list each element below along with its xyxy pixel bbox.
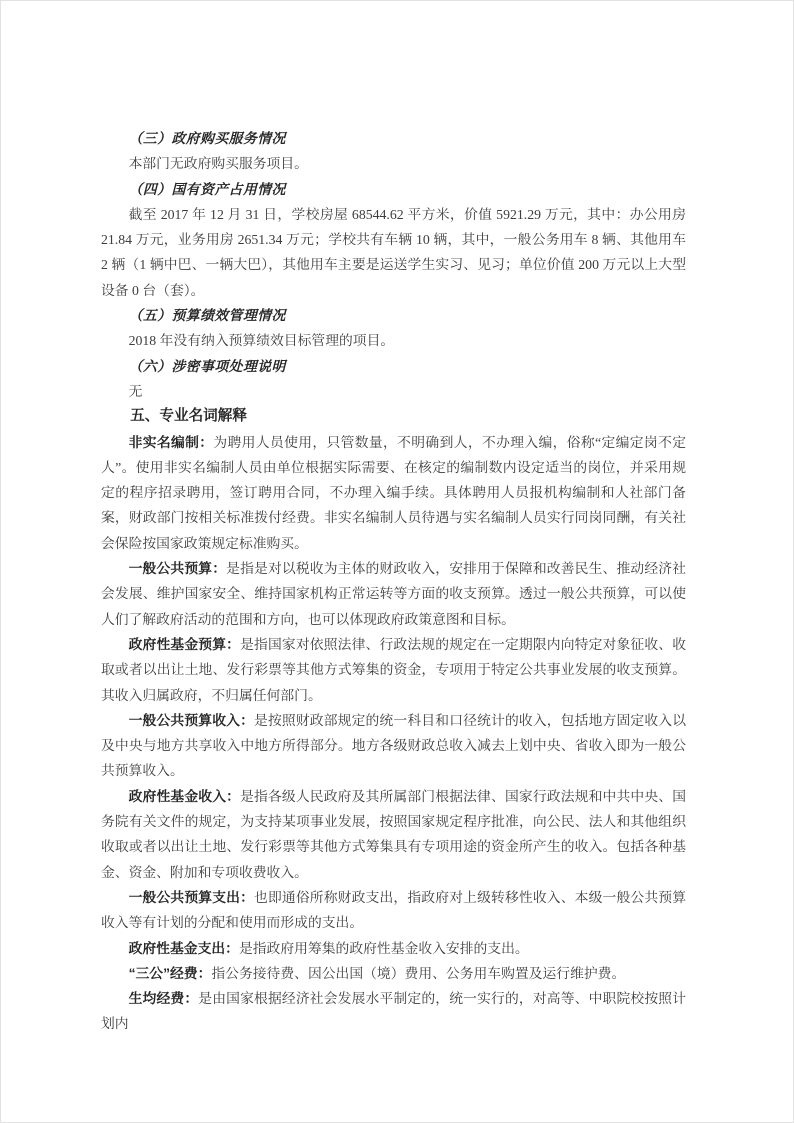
term-label: 政府性基金预算： [129, 637, 241, 652]
term-paragraph-gov-fund-budget: 政府性基金预算：是指国家对依照法律、行政法规的规定在一定期限内向特定对象征收、收… [101, 632, 686, 708]
term-definition: 指公务接待费、因公出国（境）费用、公务用车购置及运行维护费。 [211, 966, 625, 981]
term-label: 非实名编制： [129, 435, 214, 450]
term-label: 政府性基金收入： [129, 789, 241, 804]
term-definition: 为聘用人员使用，只管数量，不明确到人，不办理入编，俗称“定编定岗不定人”。使用非… [101, 435, 686, 551]
term-paragraph-general-public-budget-expenditure: 一般公共预算支出：也即通俗所称财政支出，指政府对上级转移性收入、本级一般公共预算… [101, 885, 686, 936]
term-label: 一般公共预算收入： [129, 713, 254, 728]
term-paragraph-gov-fund-revenue: 政府性基金收入：是指各级人民政府及其所属部门根据法律、国家行政法规和中共中央、国… [101, 784, 686, 885]
paragraph-confidential-matters: 无 [101, 379, 686, 404]
term-paragraph-three-public-expenses: “三公”经费：指公务接待费、因公出国（境）费用、公务用车购置及运行维护费。 [101, 961, 686, 986]
term-label: “三公”经费： [129, 966, 212, 981]
term-label: 一般公共预算支出： [129, 890, 254, 905]
term-label: 一般公共预算： [129, 561, 227, 576]
paragraph-budget-performance: 2018 年没有纳入预算绩效目标管理的项目。 [101, 328, 686, 353]
term-definition: 是指政府用筹集的政府性基金收入安排的支出。 [239, 941, 529, 956]
section-heading-confidential-matters: （六）涉密事项处理说明 [101, 354, 686, 379]
term-paragraph-general-public-budget: 一般公共预算：是指是对以税收为主体的财政收入，安排用于保障和改善民生、推动经济社… [101, 556, 686, 632]
term-paragraph-unregistered-staffing: 非实名编制：为聘用人员使用，只管数量，不明确到人，不办理入编，俗称“定编定岗不定… [101, 430, 686, 556]
term-label: 生均经费： [129, 991, 199, 1006]
section-heading-gov-purchase: （三）政府购买服务情况 [101, 126, 686, 151]
section-heading-budget-performance: （五）预算绩效管理情况 [101, 303, 686, 328]
term-paragraph-gov-fund-expenditure: 政府性基金支出：是指政府用筹集的政府性基金收入安排的支出。 [101, 936, 686, 961]
term-paragraph-general-public-budget-revenue: 一般公共预算收入：是按照财政部规定的统一科目和口径统计的收入，包括地方固定收入以… [101, 708, 686, 784]
document-page: （三）政府购买服务情况 本部门无政府购买服务项目。 （四）国有资产占用情况 截至… [1, 1, 793, 1037]
term-label: 政府性基金支出： [129, 941, 239, 956]
paragraph-state-assets: 截至 2017 年 12 月 31 日，学校房屋 68544.62 平方米，价值… [101, 202, 686, 303]
section-heading-state-assets: （四）国有资产占用情况 [101, 177, 686, 202]
term-paragraph-per-student-funding: 生均经费：是由国家根据经济社会发展水平制定的，统一实行的，对高等、中职院校按照计… [101, 986, 686, 1037]
paragraph-gov-purchase: 本部门无政府购买服务项目。 [101, 151, 686, 176]
section-heading-glossary: 五、专业名词解释 [101, 404, 686, 429]
